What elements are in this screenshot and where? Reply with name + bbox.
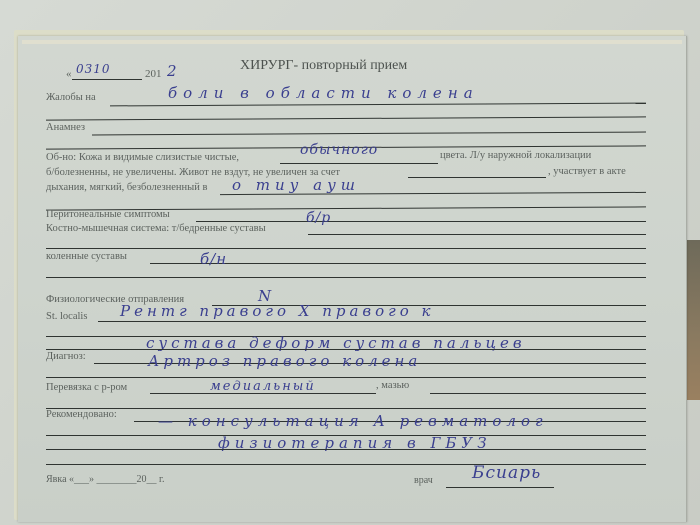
exam-line3-label: дыхания, мягкий, безболезненный в — [46, 182, 207, 193]
doctor-signature: Бсиарь — [472, 463, 541, 483]
diagnosis-value-1[interactable]: Артроз правого колена — [148, 352, 421, 370]
peritoneal-line — [196, 221, 646, 222]
dressing-solution-line — [150, 393, 376, 394]
knee-value[interactable]: б/н — [200, 250, 227, 268]
exam-abdomen-line — [408, 177, 546, 178]
doctor-label: врач — [414, 475, 433, 486]
diagnosis-value-2[interactable]: медиальный — [210, 379, 316, 394]
exam-line1-label: Об-но: Кожа и видимые слизистые чистые, — [46, 152, 239, 163]
dressing-label: Перевязка с р-ром — [46, 382, 127, 393]
recommended-value-1[interactable]: — консультация А ревматолог — [158, 412, 548, 430]
date-day-month: 0310 — [76, 62, 111, 76]
complaints-value[interactable]: боли в области колена — [168, 84, 479, 102]
dressing-ointment-line — [430, 393, 646, 394]
complaints-label: Жалобы на — [46, 92, 96, 103]
dressing-suffix: , мазью — [376, 380, 409, 391]
recommended-label: Рекомендовано: — [46, 409, 117, 420]
rule-line — [46, 377, 646, 378]
exam-color-line — [280, 163, 438, 164]
musculoskeletal-value[interactable]: б/р — [306, 210, 331, 226]
st-localis-label: St. localis — [46, 311, 87, 322]
exam-line2-suffix: , участвует в акте — [548, 166, 626, 177]
anamnesis-label: Анамнез — [46, 122, 85, 133]
exam-line1-suffix: цвета. Л/у наружной локализации — [440, 150, 591, 161]
form-title: ХИРУРГ- повторный прием — [240, 58, 407, 74]
knee-label: коленные суставы — [46, 251, 127, 262]
rule-line — [46, 277, 646, 278]
date-line — [72, 79, 142, 80]
exam-color-value[interactable]: обычного — [300, 142, 378, 158]
diagnosis-label: Диагноз: — [46, 351, 86, 362]
st-localis-value-1[interactable]: Рентг правого Х правого к — [120, 302, 435, 320]
date-open-quote: « — [66, 68, 72, 80]
peritoneal-label: Перитонеальные симптомы — [46, 209, 170, 220]
paper-edge — [22, 40, 682, 44]
date-year-suffix: 2 — [167, 62, 178, 80]
rule-line — [46, 464, 646, 465]
rule-line — [46, 449, 646, 450]
musculoskeletal-label: Костно-мышечная система: т/бедренные сус… — [46, 223, 266, 234]
followup-label: Явка «___» ________20__ г. — [46, 474, 165, 485]
doctor-signature-line — [446, 487, 554, 488]
date-year-prefix: 201 — [145, 68, 162, 80]
st-localis-line — [98, 321, 646, 322]
exam-palpation-value[interactable]: о тиу ауш — [232, 176, 360, 194]
musculoskeletal-line — [308, 234, 646, 235]
rule-line — [46, 408, 646, 409]
rule-line — [46, 248, 646, 249]
rule-line — [46, 349, 646, 350]
